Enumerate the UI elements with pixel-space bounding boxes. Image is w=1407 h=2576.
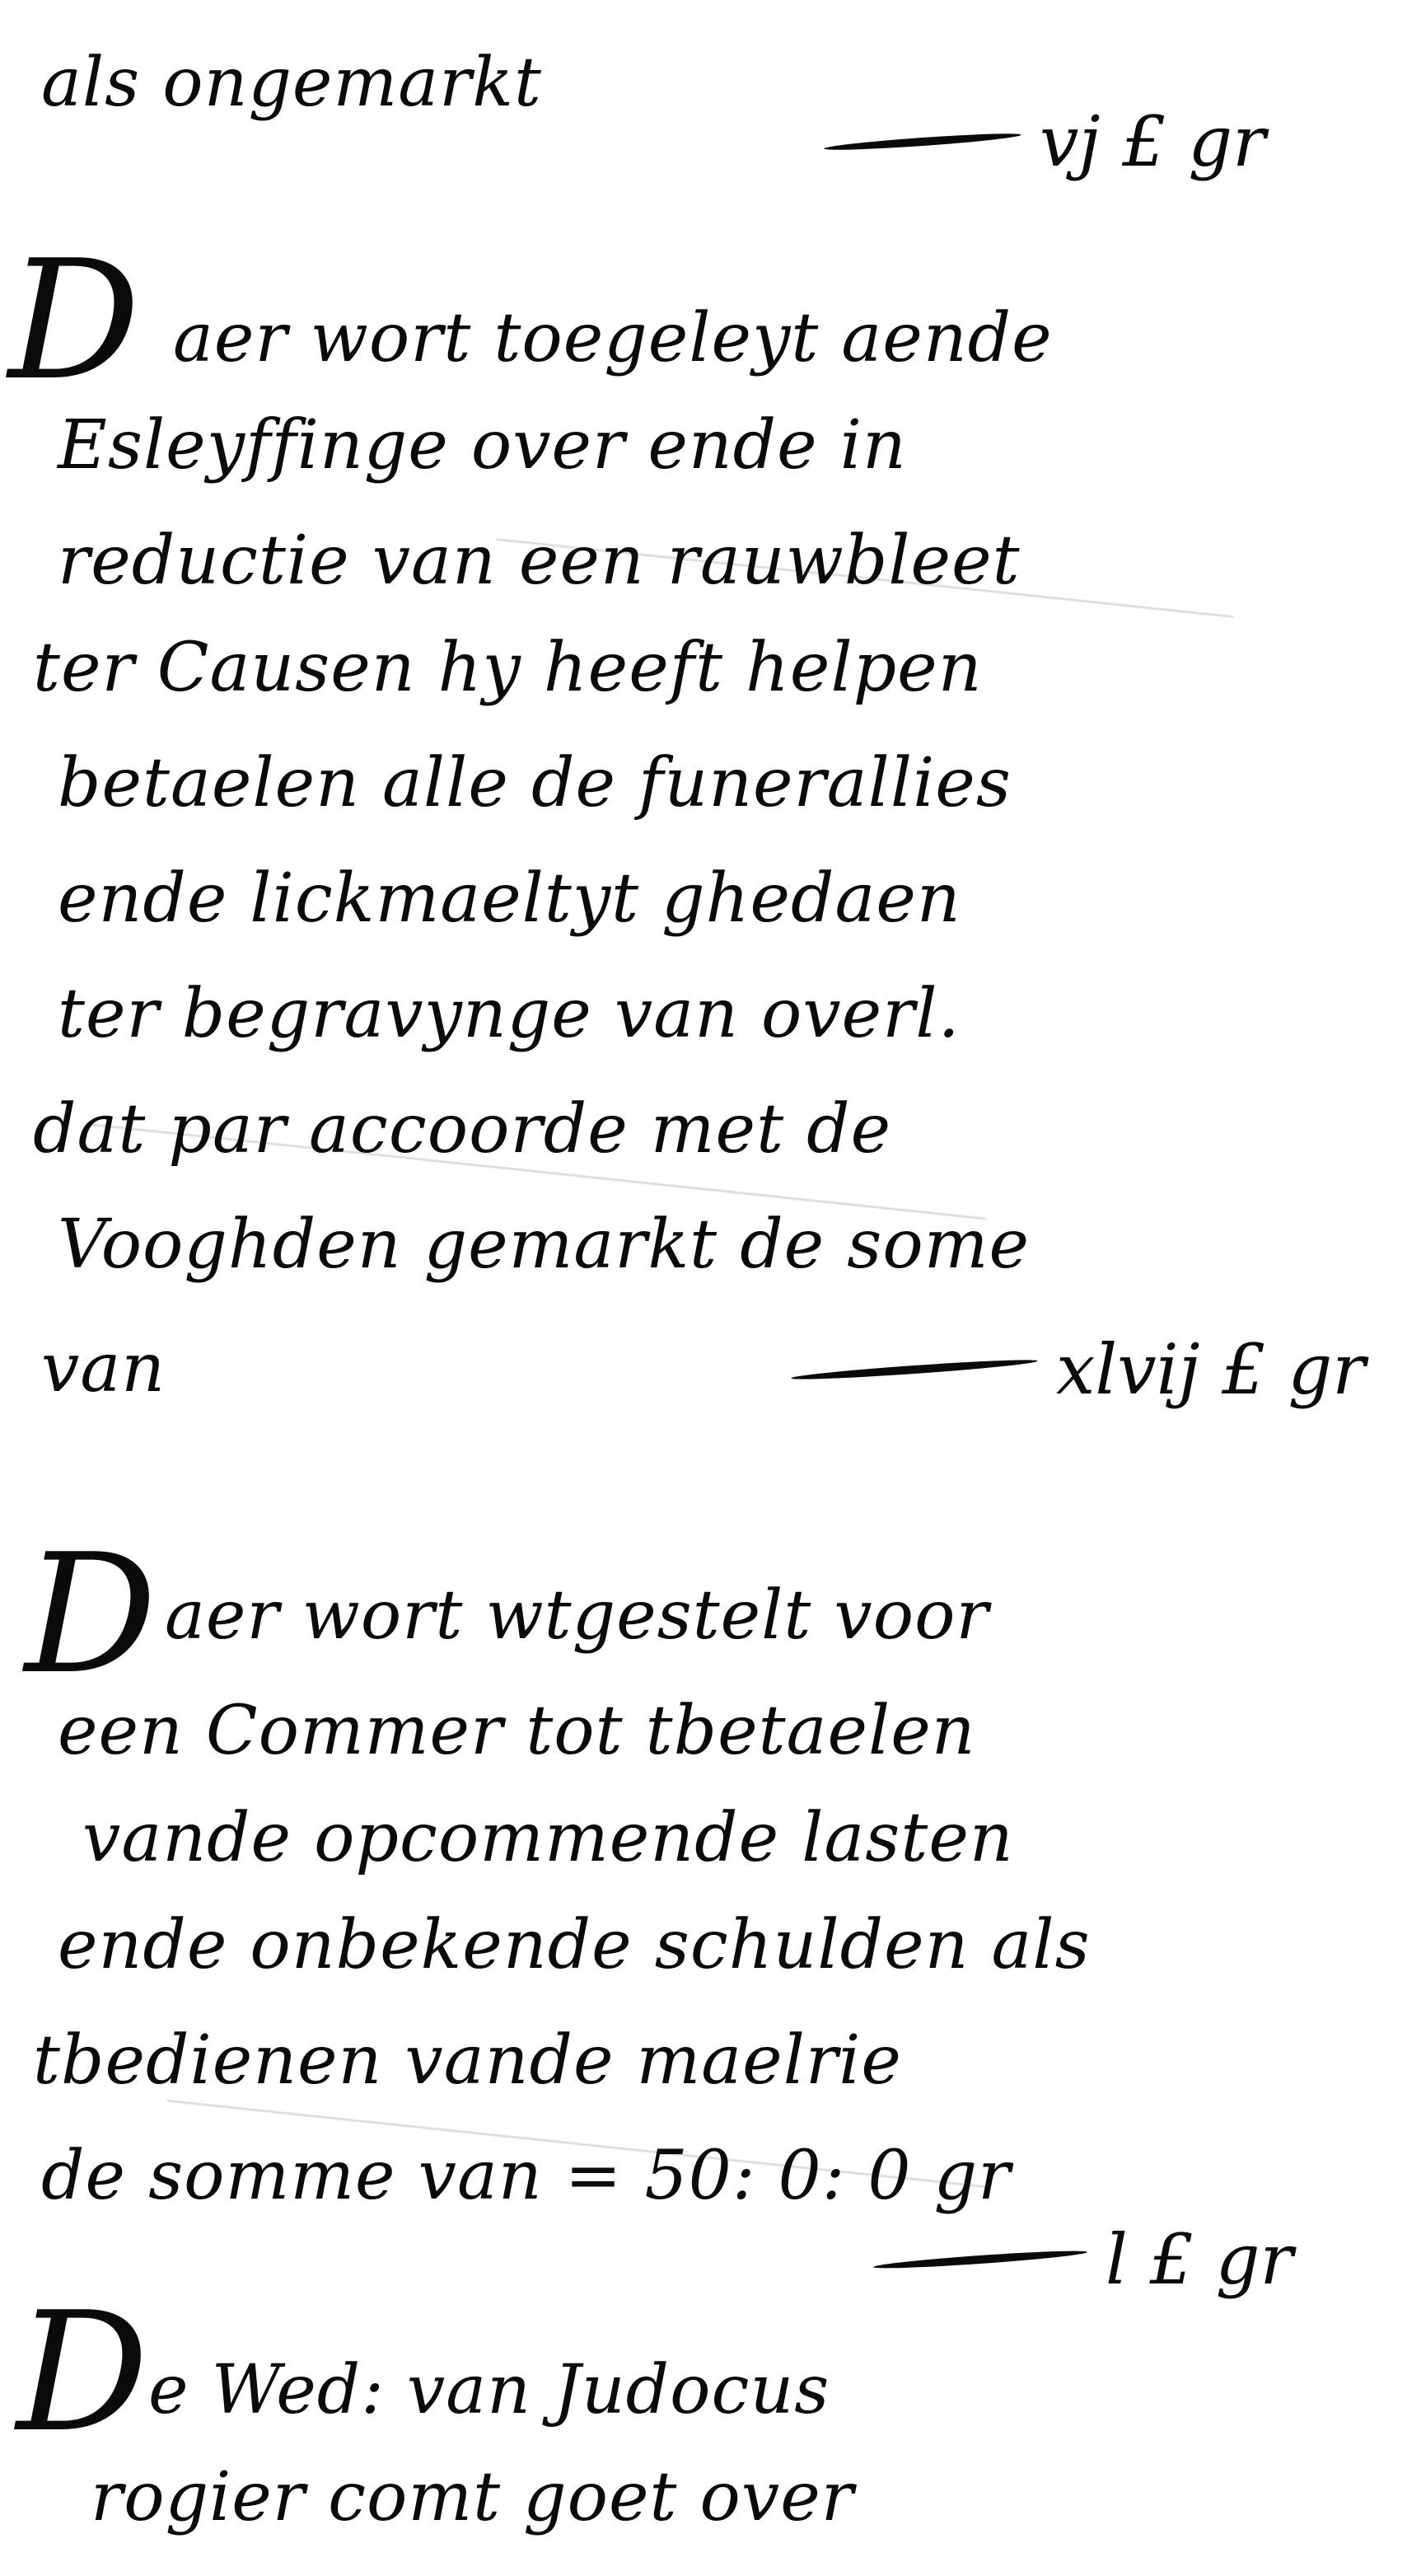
entry-2-amount: xlvij £ gr (791, 1335, 1365, 1404)
amount-text: l £ gr (1105, 2225, 1293, 2294)
entry-1-amount: vj £ gr (824, 107, 1265, 176)
entry-2-line-8: dat par accoorde met de (33, 1096, 891, 1164)
entry-3-line-4: ende onbekende schulden als (58, 1912, 1091, 1979)
entry-2-line-3: reductie van een rauwbleet (58, 527, 1021, 595)
entry-4-initial: D (16, 2291, 148, 2456)
entry-2-line-9: Vooghden gemarkt de some (58, 1211, 1030, 1279)
entry-3-line-6: de somme van = 50: 0: 0 gr (41, 2143, 1011, 2210)
entry-4-line-1: e Wed: van Judocus (148, 2357, 830, 2424)
entry-2-initial: D (8, 239, 140, 404)
entry-2-line-2: Esleyffinge over ende in (58, 412, 907, 480)
entry-3-amount: l £ gr (873, 2225, 1293, 2294)
entry-4-line-2: rogier comt goet over (91, 2464, 854, 2532)
entry-3-line-5: tbedienen vande maelrie (33, 2027, 902, 2095)
entry-2-line-7: ter begravynge van overl. (58, 981, 961, 1048)
entry-3-line-2: een Commer tot tbetaelen (58, 1698, 976, 1765)
amount-dash (791, 1357, 1038, 1383)
amount-dash (824, 131, 1021, 153)
entry-2-line-4: ter Causen hy heeft helpen (33, 635, 983, 702)
entry-3-line-1: aer wort wtgestelt voor (165, 1582, 989, 1650)
amount-text: vj £ gr (1040, 107, 1265, 176)
amount-dash (873, 2248, 1087, 2271)
entry-2-line-6: ende lickmaeltyt ghedaen (58, 865, 961, 933)
entry-2-line-1: aer wort toegeleyt aende (173, 305, 1053, 372)
entry-2-line-10: van (41, 1335, 166, 1403)
entry-3-initial: D (25, 1533, 157, 1698)
entry-2-line-5: betaelen alle de funerallies (58, 750, 1012, 817)
entry-1-line-1: als ongemarkt (41, 49, 542, 117)
entry-3-line-3: vande opcommende lasten (82, 1805, 1014, 1872)
amount-text: xlvij £ gr (1056, 1335, 1365, 1404)
manuscript-page: als ongemarkt vj £ gr D aer wort toegele… (0, 0, 1407, 2576)
